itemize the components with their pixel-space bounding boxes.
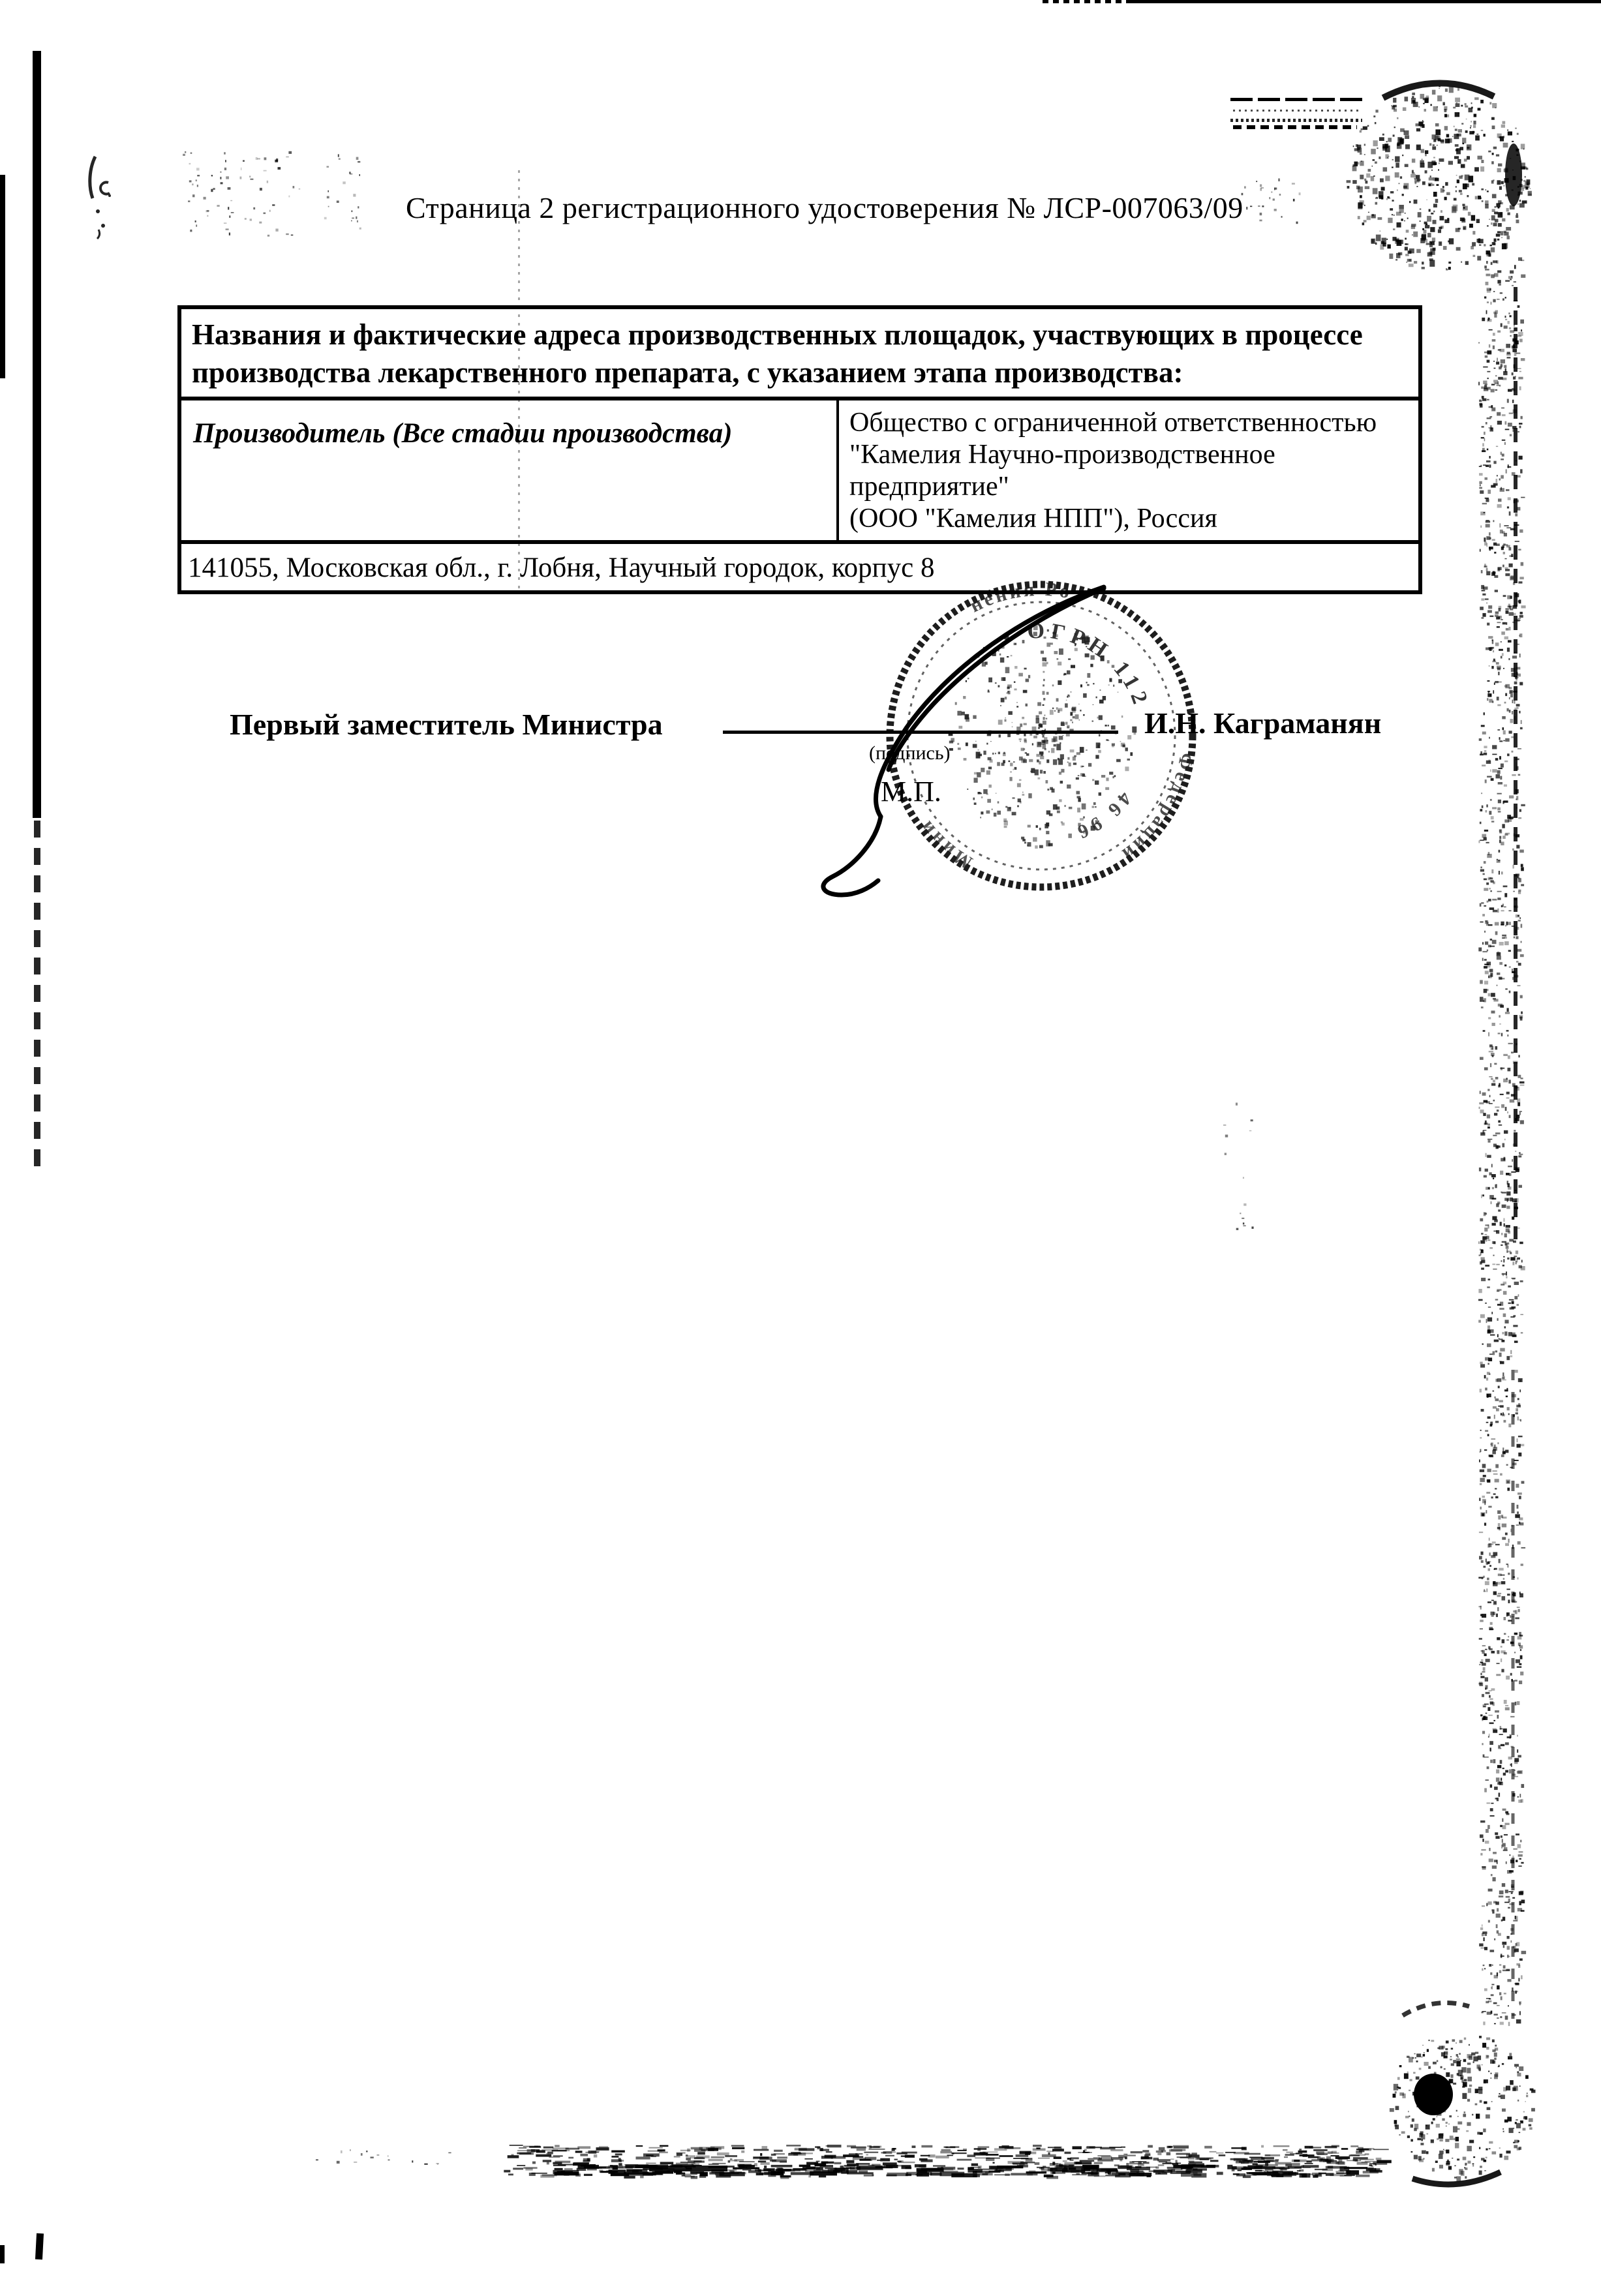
table-header-cell: Названия и фактические адреса производст…: [181, 309, 1418, 400]
scan-top-edge-line: [1129, 0, 1601, 3]
stamp-ogrn-digits: 46 96: [1071, 788, 1136, 845]
production-sites-table: Названия и фактические адреса производст…: [177, 305, 1422, 594]
svg-text:Мини: Мини: [914, 815, 977, 873]
producer-name-line-1: Общество с ограниченной ответственностью: [849, 407, 1412, 439]
stamp-inner-ring: [907, 602, 1175, 869]
producer-role-cell: Производитель (Все стадии производства): [181, 400, 839, 540]
page-title: Страница 2 регистрационного удостоверени…: [406, 190, 1243, 225]
stamp-ring-text-right: Федерации: [1116, 751, 1198, 867]
producer-name-line-2: "Камелия Научно-производственное предпри…: [849, 439, 1412, 503]
scan-dash-line: [1230, 119, 1362, 122]
scan-left-thick-bar: [33, 51, 41, 818]
scan-dash-line: [1233, 110, 1361, 112]
scan-dash-line: [1233, 125, 1357, 129]
signature-caption: (подпись): [869, 742, 951, 764]
scan-left-thin-bar: [0, 175, 5, 378]
svg-text:46 96: 46 96: [1071, 788, 1136, 845]
table-row: Производитель (Все стадии производства) …: [181, 400, 1418, 544]
producer-name-cell: Общество с ограниченной ответственностью…: [839, 400, 1418, 540]
signature-line: [723, 731, 1118, 734]
stamp-ring-text-bottom: Мини: [914, 815, 977, 873]
ink-mark: [90, 157, 111, 239]
scan-bottom-tick: [35, 2233, 44, 2260]
scan-black-dot: [1414, 2074, 1453, 2115]
signatory-name: И.Н. Каграманян: [1144, 706, 1381, 740]
scan-dash-line: [1230, 98, 1362, 101]
scanned-page: Страница 2 регистрационного удостоверени…: [0, 0, 1601, 2296]
address-cell: 141055, Московская обл., г. Лобня, Научн…: [181, 544, 1418, 590]
stamp-ogrn-text: • ОГРН 112: [999, 619, 1154, 712]
svg-text:Федерации: Федерации: [1116, 751, 1198, 867]
handwritten-signature: [823, 587, 1104, 895]
scan-bottom-noise-run: [649, 2166, 727, 2171]
table-header-line-2: производства лекарственного препарата, с…: [192, 354, 1409, 391]
producer-name-line-3: (ООО "Камелия НПП"), Россия: [849, 503, 1412, 535]
scan-left-bar-frayed: [34, 818, 40, 1166]
stamp-eagle-emblem: [949, 625, 1137, 849]
table-header-line-1: Названия и фактические адреса производст…: [192, 316, 1409, 354]
signatory-title: Первый заместитель Министра: [230, 707, 663, 742]
scan-bottom-edge-mark: [0, 2245, 5, 2263]
seal-place-label: М.П.: [881, 775, 941, 808]
svg-text:• ОГРН 112: • ОГРН 112: [999, 619, 1154, 712]
scan-top-edge-dashes: [1043, 0, 1131, 3]
